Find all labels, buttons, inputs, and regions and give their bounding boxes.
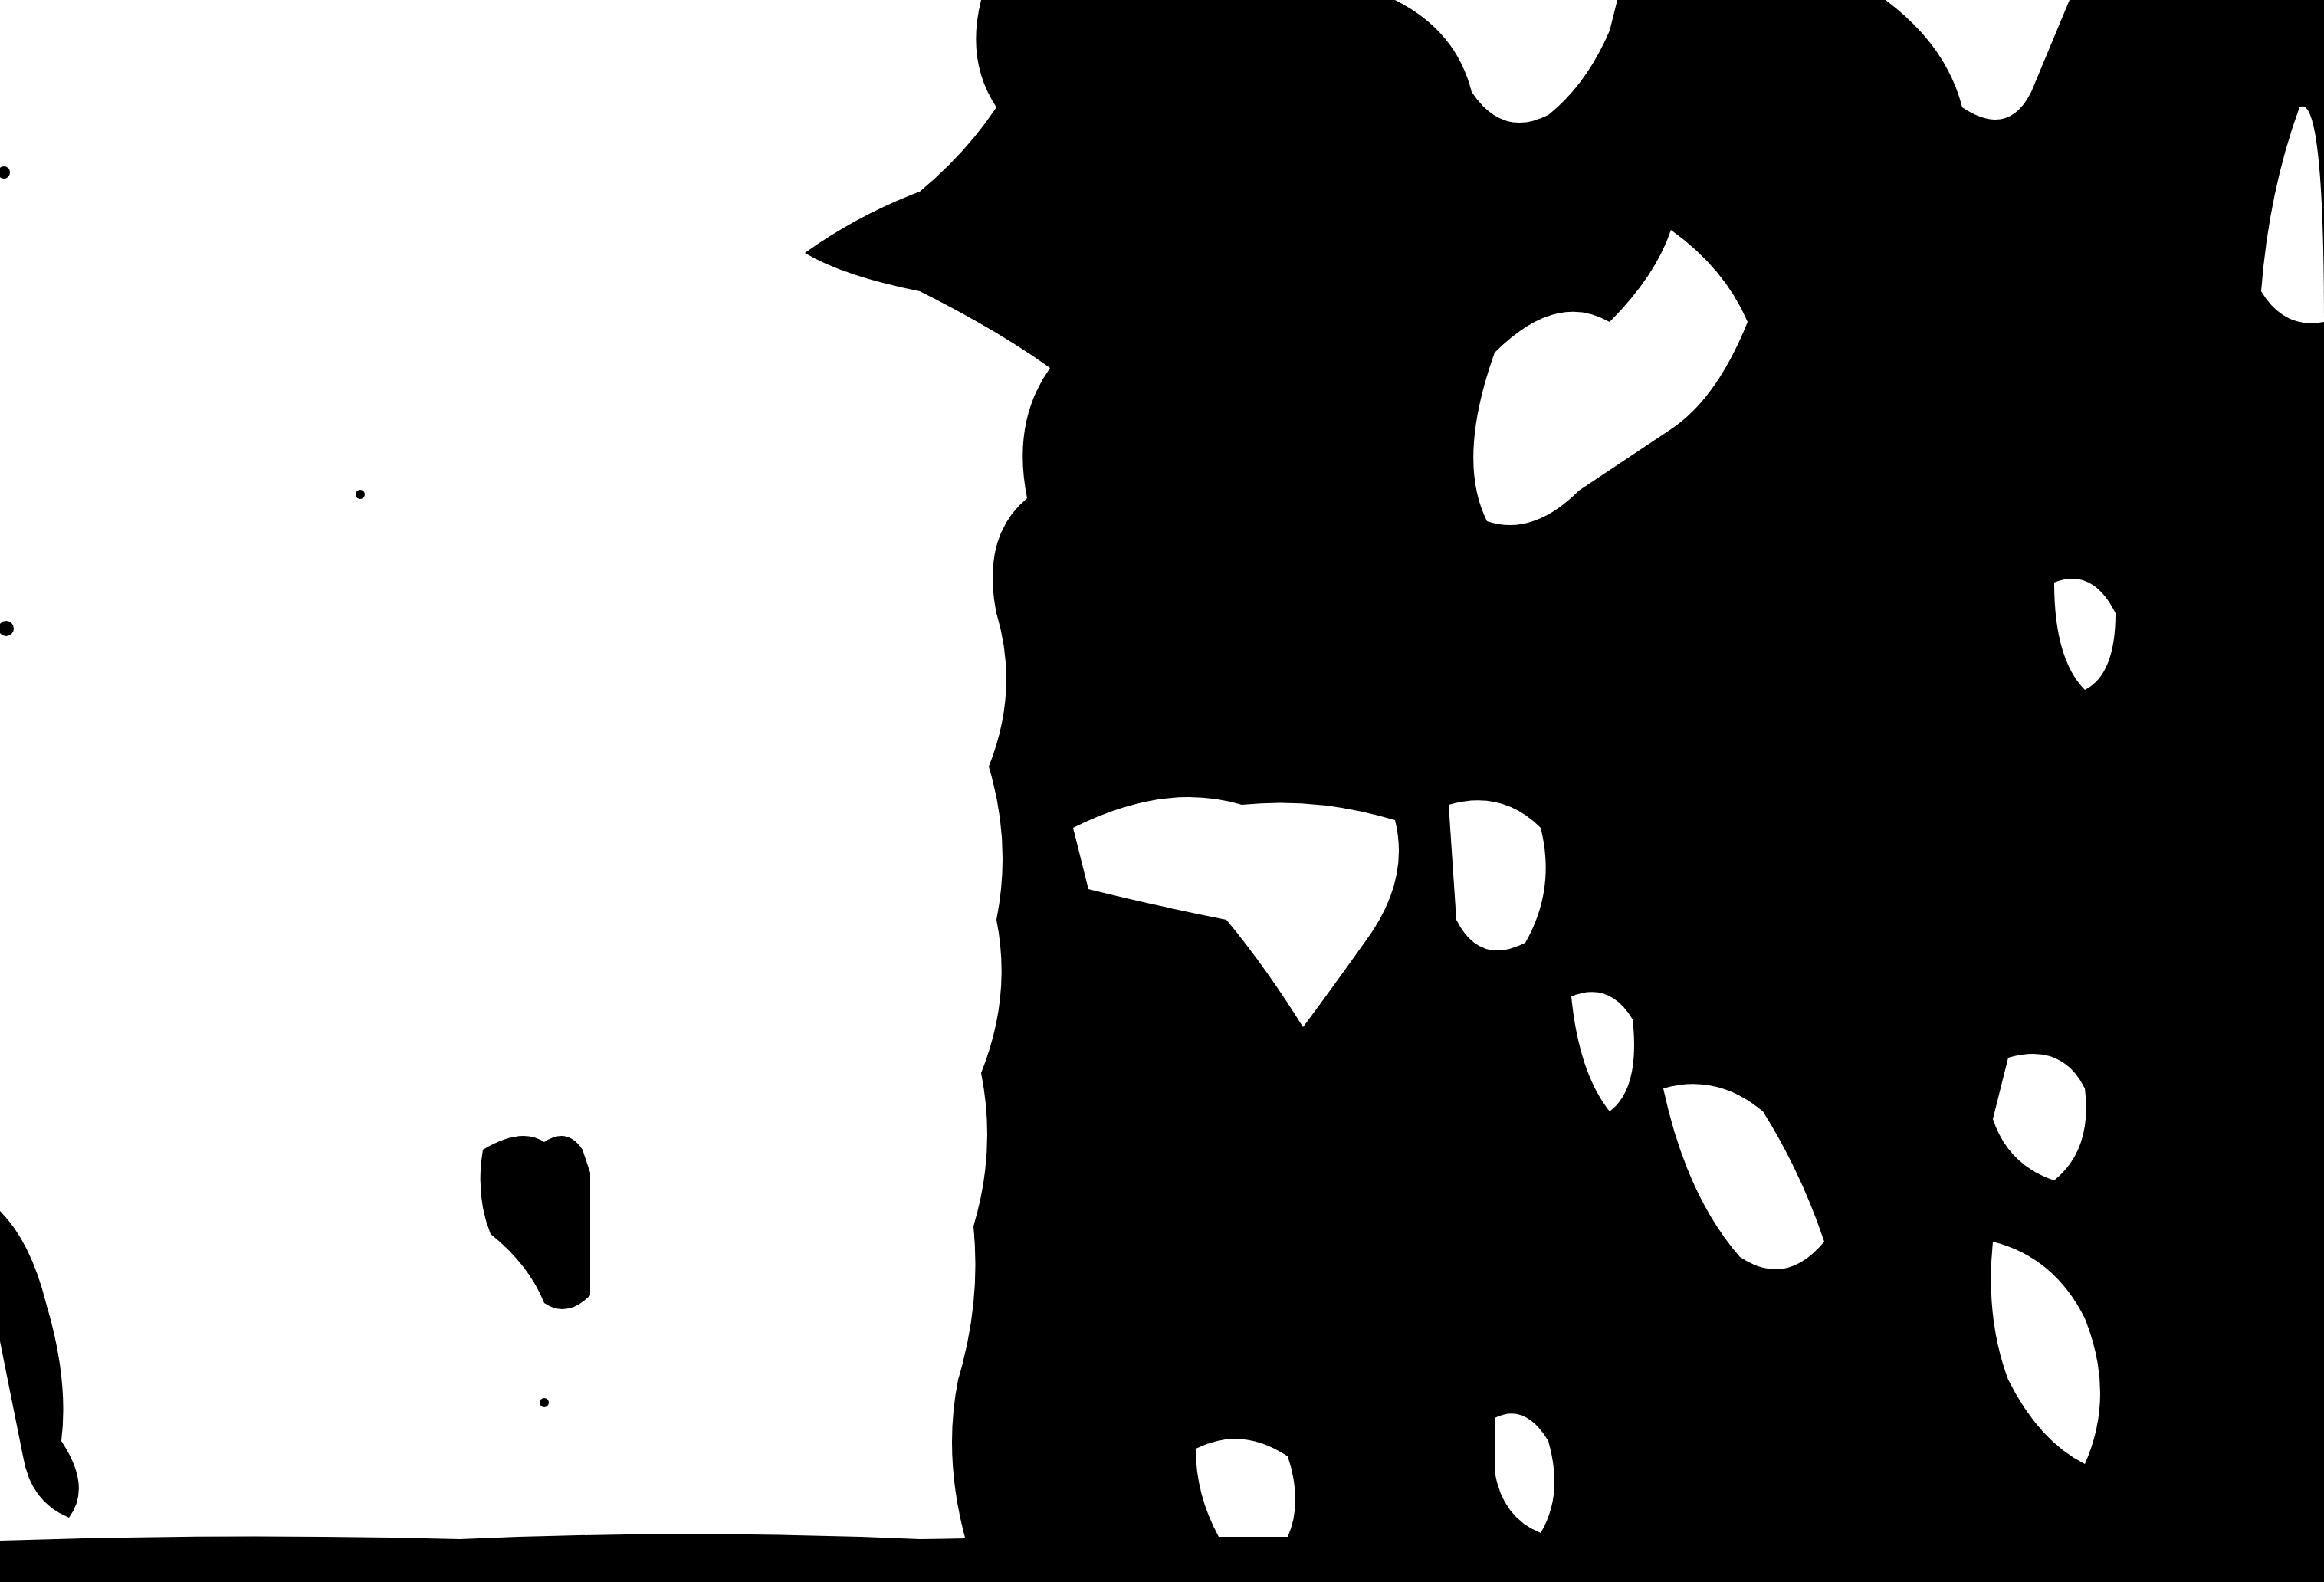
foliage-mass	[805, 0, 2324, 1541]
thresholded-forest-image	[0, 0, 2324, 1582]
